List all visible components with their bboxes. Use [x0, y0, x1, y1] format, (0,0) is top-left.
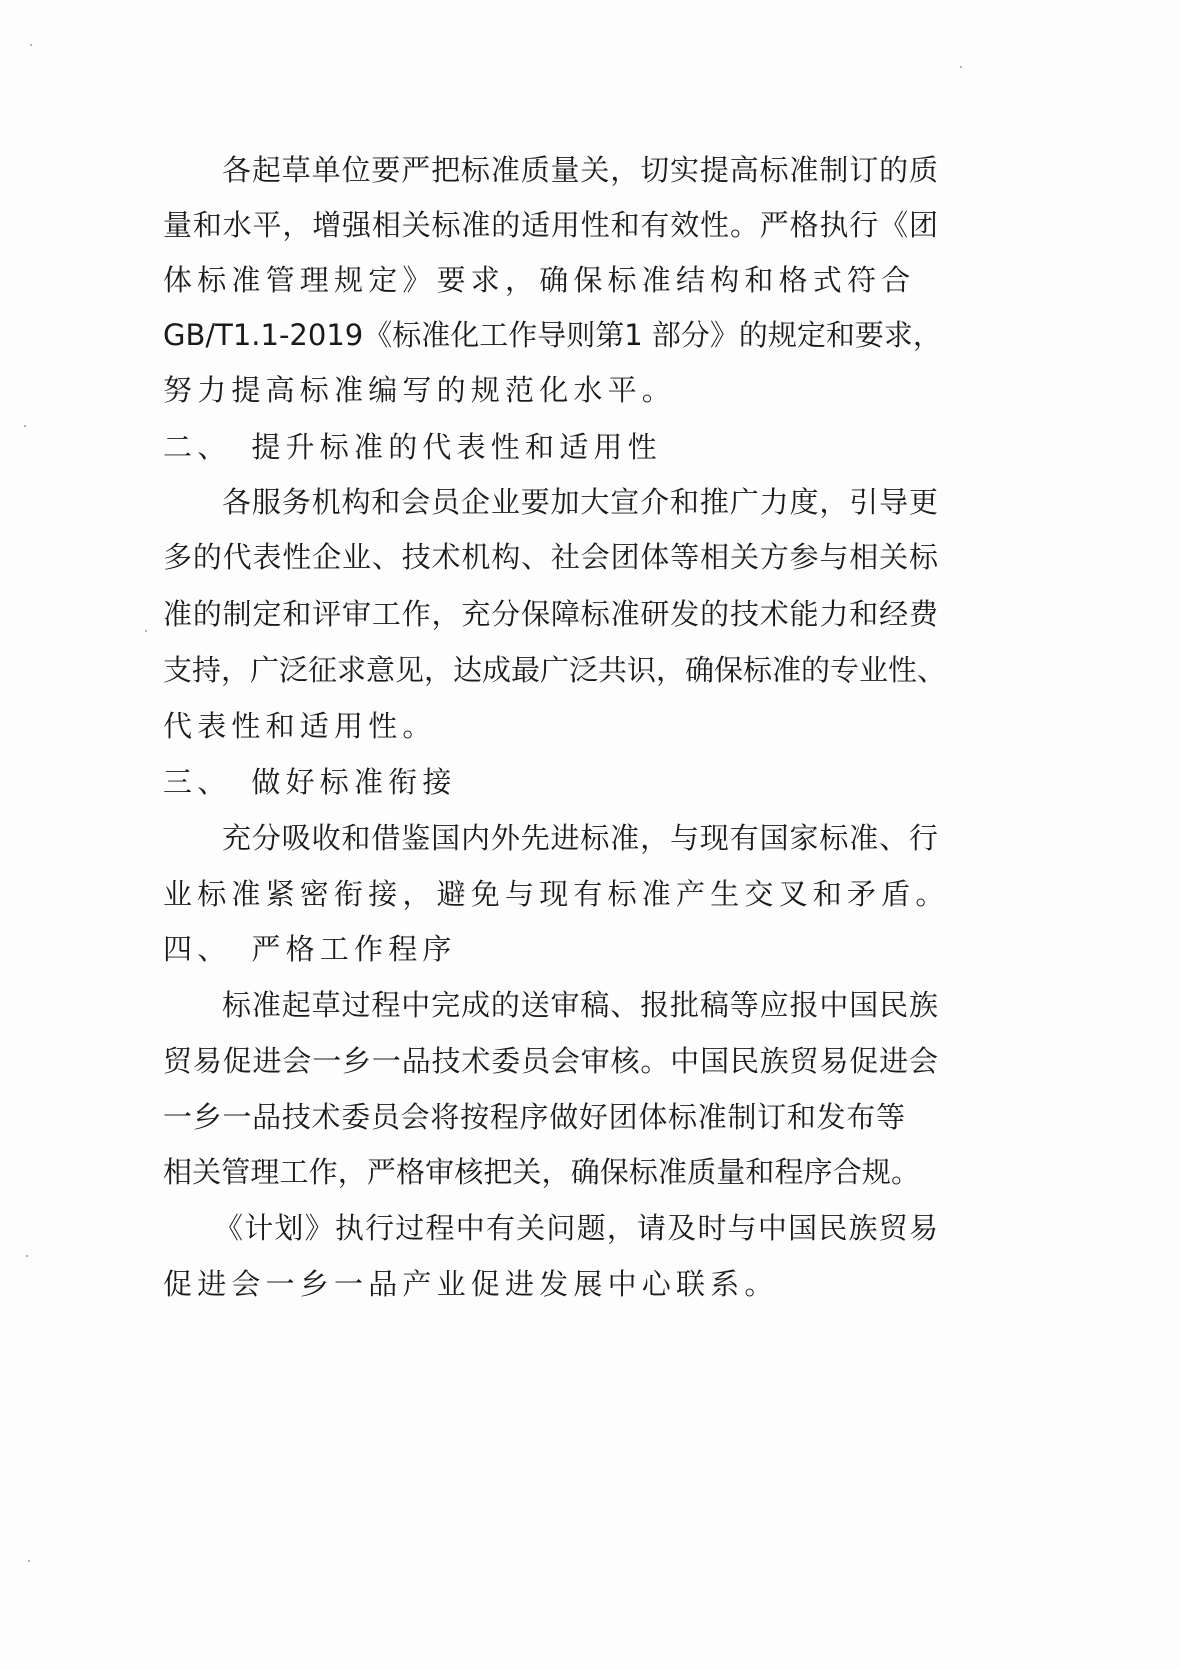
document-page: 各起草单位要严把标准质量关，切实提高标准制订的质 量和水平，增强相关标准的适用性… [0, 0, 1180, 1669]
paragraph-line: 代表性和适用性。 [163, 709, 437, 743]
heading-title: 严格工作程序 [251, 932, 456, 966]
paragraph-line: 体标准管理规定》要求，确保标准结构和格式符合 [163, 263, 915, 297]
paragraph-line: 各服务机构和会员企业要加大宣介和推广力度，引导更 [222, 485, 938, 519]
paragraph-line: 贸易促进会一乡一品技术委员会审核。中国民族贸易促进会 [163, 1044, 938, 1078]
paragraph-line: 相关管理工作，严格审核把关，确保标准质量和程序合规。 [163, 1155, 920, 1189]
paragraph-line: 各起草单位要严把标准质量关，切实提高标准制订的质 [222, 153, 938, 187]
heading-title: 提升标准的代表性和适用性 [251, 430, 661, 464]
paragraph-line: 促进会一乡一品产业促进发展中心联系。 [163, 1267, 779, 1301]
paragraph-line: 量和水平，增强相关标准的适用性和有效性。严格执行《团 [163, 208, 938, 242]
paragraph-line: 支持，广泛征求意见，达成最广泛共识，确保标准的专业性、 [163, 653, 938, 687]
paragraph-line: 多的代表性企业、技术机构、社会团体等相关方参与相关标 [163, 540, 938, 574]
paragraph-line: 充分吸收和借鉴国内外先进标准，与现有国家标准、行 [222, 821, 938, 855]
section-heading: 三、做好标准衔接 [163, 765, 457, 799]
paragraph-line: 努力提高标准编写的规范化水平。 [163, 373, 676, 407]
paragraph-line: 准的制定和评审工作，充分保障标准研发的技术能力和经费 [163, 597, 938, 631]
paragraph-line: 《计划》执行过程中有关问题，请及时与中国民族贸易 [214, 1211, 938, 1245]
heading-title: 做好标准衔接 [251, 765, 456, 799]
heading-number: 三、 [163, 765, 231, 799]
paragraph-line: 业标准紧密衔接，避免与现有标准产生交叉和矛盾。 [163, 877, 950, 911]
scan-speck [960, 66, 962, 68]
section-heading: 四、严格工作程序 [163, 932, 457, 966]
scan-speck [28, 1560, 30, 1562]
section-heading: 二、提升标准的代表性和适用性 [163, 430, 662, 464]
scan-speck [26, 1255, 28, 1257]
paragraph-line: 标准起草过程中完成的送审稿、报批稿等应报中国民族 [222, 988, 938, 1022]
paragraph-line: GB/T1.1-2019《标准化工作导则第1 部分》的规定和要求， [163, 318, 938, 352]
heading-number: 四、 [163, 932, 231, 966]
scan-speck [24, 425, 26, 427]
heading-number: 二、 [163, 430, 231, 464]
scan-speck [30, 44, 32, 46]
paragraph-line: 一乡一品技术委员会将按程序做好团体标准制订和发布等 [163, 1100, 905, 1134]
scan-speck [145, 630, 147, 632]
